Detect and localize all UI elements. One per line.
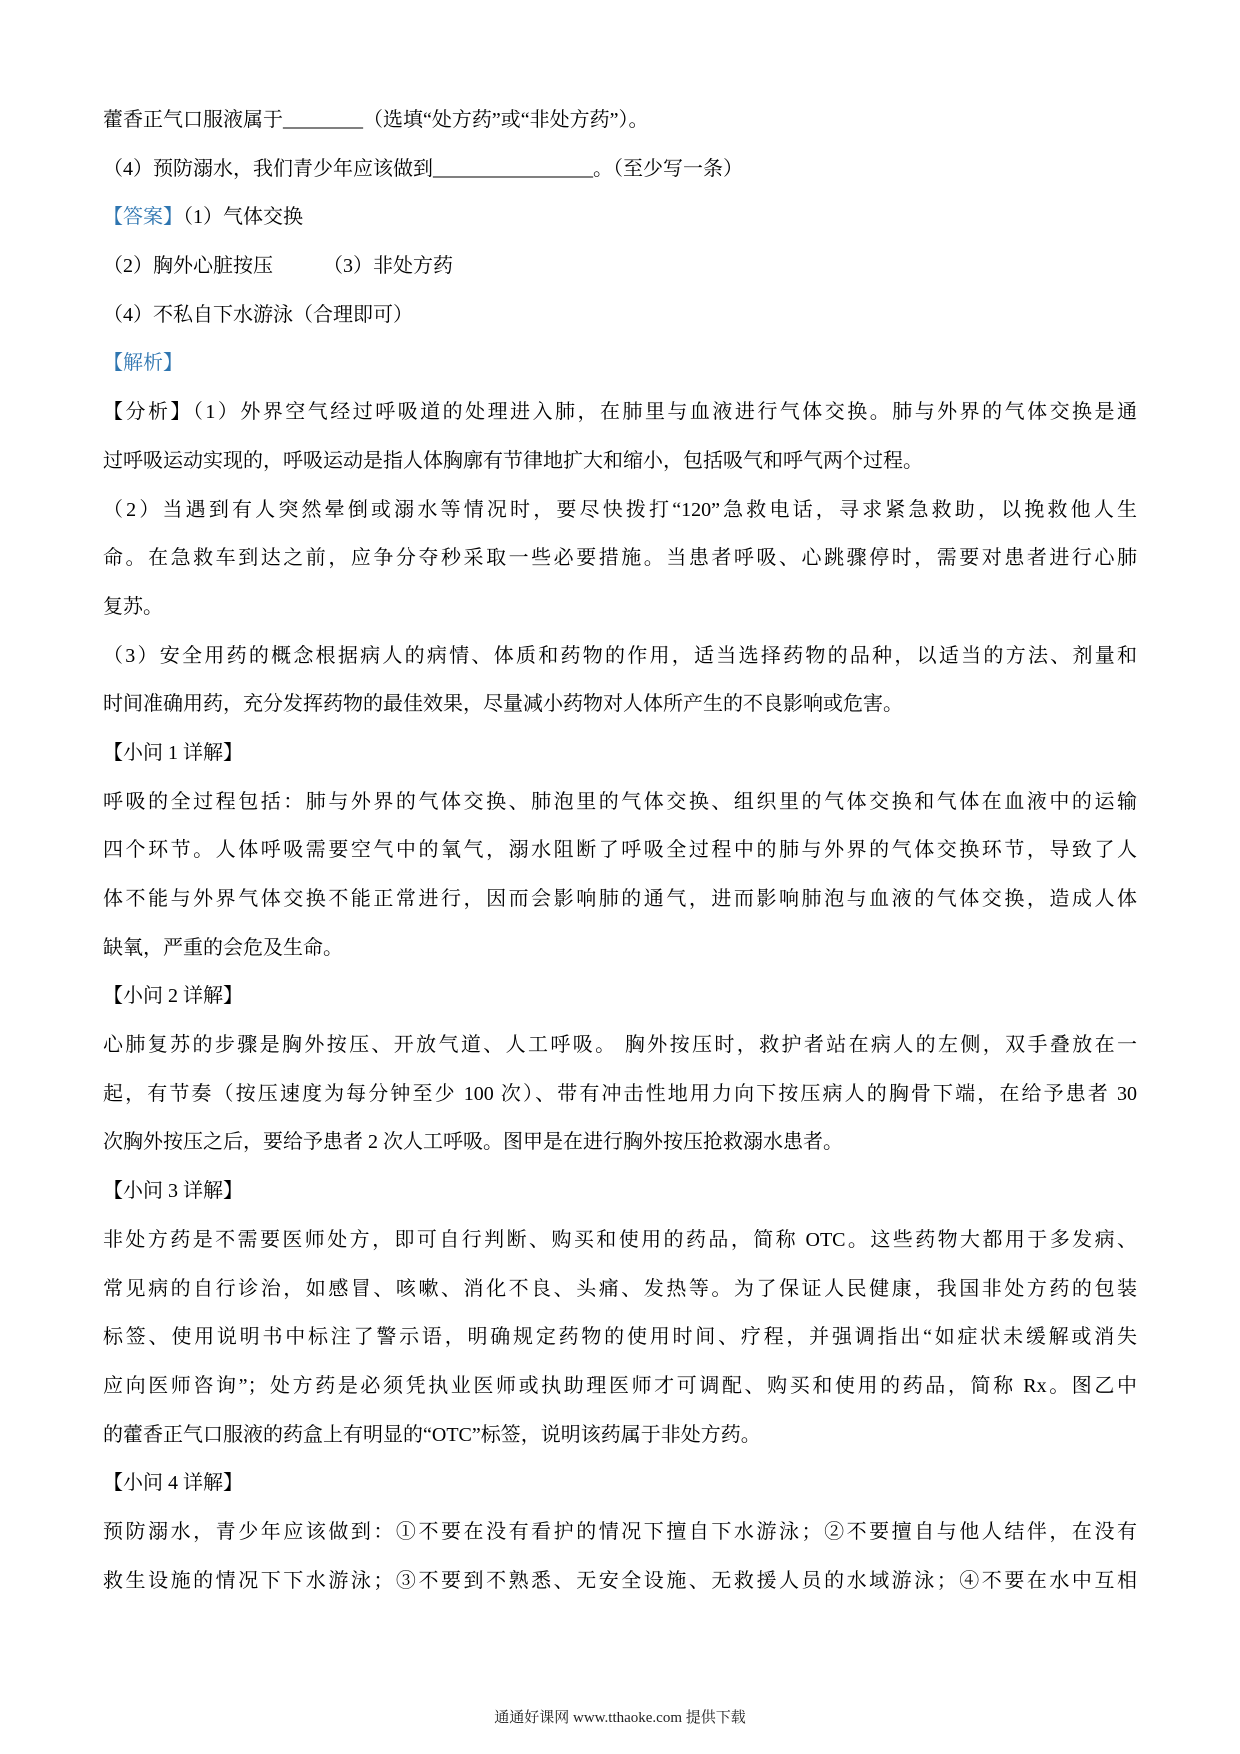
text-segment: 心肺复苏的步骤是胸外按压、开放气道、人工呼吸。 胸外按压时，救护者站在病人的左侧… bbox=[103, 1034, 1137, 1056]
text-segment: 【小问 1 详解】 bbox=[103, 742, 243, 764]
text-segment: 四个环节。人体呼吸需要空气中的氧气，溺水阻断了呼吸全过程中的肺与外界的气体交换环… bbox=[103, 839, 1137, 861]
section-label: 【解析】 bbox=[103, 352, 183, 374]
text-line: （4）不私自下水游泳（合理即可） bbox=[103, 291, 1137, 340]
text-line: 常见病的自行诊治，如感冒、咳嗽、消化不良、头痛、发热等。为了保证人民健康，我国非… bbox=[103, 1265, 1137, 1314]
text-segment: 缺氧，严重的会危及生命。 bbox=[103, 937, 343, 959]
text-line: 命。在急救车到达之前，应争分夺秒采取一些必要措施。当患者呼吸、心跳骤停时，需要对… bbox=[103, 534, 1137, 583]
text-line: 藿香正气口服液属于________（选填“处方药”或“非处方药”）。 bbox=[103, 96, 1137, 145]
text-segment: 过呼吸运动实现的，呼吸运动是指人体胸廓有节律地扩大和缩小，包括吸气和呼气两个过程… bbox=[103, 450, 923, 472]
text-line: 【小问 2 详解】 bbox=[103, 972, 1137, 1021]
text-line: 【答案】（1）气体交换 bbox=[103, 193, 1137, 242]
text-segment: （1）气体交换 bbox=[183, 206, 303, 228]
text-line: 次胸外按压之后，要给予患者 2 次人工呼吸。图甲是在进行胸外按压抢救溺水患者。 bbox=[103, 1118, 1137, 1167]
text-line: 复苏。 bbox=[103, 583, 1137, 632]
text-segment: 藿香正气口服液属于________（选填“处方药”或“非处方药”）。 bbox=[103, 109, 649, 131]
document-body: 藿香正气口服液属于________（选填“处方药”或“非处方药”）。（4）预防溺… bbox=[103, 96, 1137, 1605]
text-line: 【小问 4 详解】 bbox=[103, 1459, 1137, 1508]
text-line: 【小问 1 详解】 bbox=[103, 729, 1137, 778]
text-segment: （4）预防溺水，我们青少年应该做到________________。（至少写一条… bbox=[103, 158, 743, 180]
text-segment: 常见病的自行诊治，如感冒、咳嗽、消化不良、头痛、发热等。为了保证人民健康，我国非… bbox=[103, 1278, 1137, 1300]
text-segment: 非处方药是不需要医师处方，即可自行判断、购买和使用的药品，简称 OTC。这些药物… bbox=[103, 1229, 1137, 1251]
text-line: 非处方药是不需要医师处方，即可自行判断、购买和使用的药品，简称 OTC。这些药物… bbox=[103, 1216, 1137, 1265]
text-segment: 时间准确用药，充分发挥药物的最佳效果，尽量减小药物对人体所产生的不良影响或危害。 bbox=[103, 693, 903, 715]
text-segment: （4）不私自下水游泳（合理即可） bbox=[103, 304, 413, 326]
text-line: 心肺复苏的步骤是胸外按压、开放气道、人工呼吸。 胸外按压时，救护者站在病人的左侧… bbox=[103, 1021, 1137, 1070]
text-segment: （2）胸外心脏按压 （3）非处方药 bbox=[103, 255, 453, 277]
text-line: 预防溺水，青少年应该做到：①不要在没有看护的情况下擅自下水游泳；②不要擅自与他人… bbox=[103, 1508, 1137, 1557]
text-line: 起，有节奏（按压速度为每分钟至少 100 次）、带有冲击性地用力向下按压病人的胸… bbox=[103, 1070, 1137, 1119]
text-line: 救生设施的情况下下水游泳；③不要到不熟悉、无安全设施、无救援人员的水域游泳；④不… bbox=[103, 1557, 1137, 1606]
text-line: （2）当遇到有人突然晕倒或溺水等情况时，要尽快拨打“120”急救电话，寻求紧急救… bbox=[103, 486, 1137, 535]
text-line: 【分析】（1）外界空气经过呼吸道的处理进入肺，在肺里与血液进行气体交换。肺与外界… bbox=[103, 388, 1137, 437]
text-line: 四个环节。人体呼吸需要空气中的氧气，溺水阻断了呼吸全过程中的肺与外界的气体交换环… bbox=[103, 826, 1137, 875]
section-label: 【答案】 bbox=[103, 206, 183, 228]
text-segment: 体不能与外界气体交换不能正常进行，因而会影响肺的通气，进而影响肺泡与血液的气体交… bbox=[103, 888, 1137, 910]
text-segment: 救生设施的情况下下水游泳；③不要到不熟悉、无安全设施、无救援人员的水域游泳；④不… bbox=[103, 1570, 1137, 1592]
text-segment: （2）当遇到有人突然晕倒或溺水等情况时，要尽快拨打“120”急救电话，寻求紧急救… bbox=[103, 499, 1137, 521]
text-line: 时间准确用药，充分发挥药物的最佳效果，尽量减小药物对人体所产生的不良影响或危害。 bbox=[103, 680, 1137, 729]
text-segment: 起，有节奏（按压速度为每分钟至少 100 次）、带有冲击性地用力向下按压病人的胸… bbox=[103, 1083, 1137, 1105]
text-segment: 呼吸的全过程包括：肺与外界的气体交换、肺泡里的气体交换、组织里的气体交换和气体在… bbox=[103, 791, 1137, 813]
text-segment: 次胸外按压之后，要给予患者 2 次人工呼吸。图甲是在进行胸外按压抢救溺水患者。 bbox=[103, 1131, 843, 1153]
text-segment: 的藿香正气口服液的药盒上有明显的“OTC”标签，说明该药属于非处方药。 bbox=[103, 1424, 761, 1446]
text-segment: 【小问 4 详解】 bbox=[103, 1472, 243, 1494]
text-segment: 标签、使用说明书中标注了警示语，明确规定药物的使用时间、疗程，并强调指出“如症状… bbox=[103, 1326, 1137, 1348]
text-segment: 复苏。 bbox=[103, 596, 163, 618]
text-segment: 【小问 3 详解】 bbox=[103, 1180, 243, 1202]
text-line: （4）预防溺水，我们青少年应该做到________________。（至少写一条… bbox=[103, 145, 1137, 194]
text-line: （2）胸外心脏按压 （3）非处方药 bbox=[103, 242, 1137, 291]
text-line: 过呼吸运动实现的，呼吸运动是指人体胸廓有节律地扩大和缩小，包括吸气和呼气两个过程… bbox=[103, 437, 1137, 486]
text-segment: 【分析】（1）外界空气经过呼吸道的处理进入肺，在肺里与血液进行气体交换。肺与外界… bbox=[103, 401, 1137, 423]
text-line: （3）安全用药的概念根据病人的病情、体质和药物的作用，适当选择药物的品种，以适当… bbox=[103, 632, 1137, 681]
text-segment: 【小问 2 详解】 bbox=[103, 985, 243, 1007]
text-line: 的藿香正气口服液的药盒上有明显的“OTC”标签，说明该药属于非处方药。 bbox=[103, 1411, 1137, 1460]
text-segment: （3）安全用药的概念根据病人的病情、体质和药物的作用，适当选择药物的品种，以适当… bbox=[103, 645, 1137, 667]
footer-watermark: 通通好课网 www.tthaoke.com 提供下载 bbox=[0, 1706, 1240, 1727]
text-line: 【解析】 bbox=[103, 339, 1137, 388]
text-segment: 应向医师咨询”；处方药是必须凭执业医师或执助理医师才可调配、购买和使用的药品，简… bbox=[103, 1375, 1137, 1397]
text-segment: 预防溺水，青少年应该做到：①不要在没有看护的情况下擅自下水游泳；②不要擅自与他人… bbox=[103, 1521, 1137, 1543]
text-line: 呼吸的全过程包括：肺与外界的气体交换、肺泡里的气体交换、组织里的气体交换和气体在… bbox=[103, 778, 1137, 827]
text-line: 应向医师咨询”；处方药是必须凭执业医师或执助理医师才可调配、购买和使用的药品，简… bbox=[103, 1362, 1137, 1411]
text-line: 【小问 3 详解】 bbox=[103, 1167, 1137, 1216]
text-line: 体不能与外界气体交换不能正常进行，因而会影响肺的通气，进而影响肺泡与血液的气体交… bbox=[103, 875, 1137, 924]
text-line: 标签、使用说明书中标注了警示语，明确规定药物的使用时间、疗程，并强调指出“如症状… bbox=[103, 1313, 1137, 1362]
text-segment: 命。在急救车到达之前，应争分夺秒采取一些必要措施。当患者呼吸、心跳骤停时，需要对… bbox=[103, 547, 1137, 569]
text-line: 缺氧，严重的会危及生命。 bbox=[103, 924, 1137, 973]
